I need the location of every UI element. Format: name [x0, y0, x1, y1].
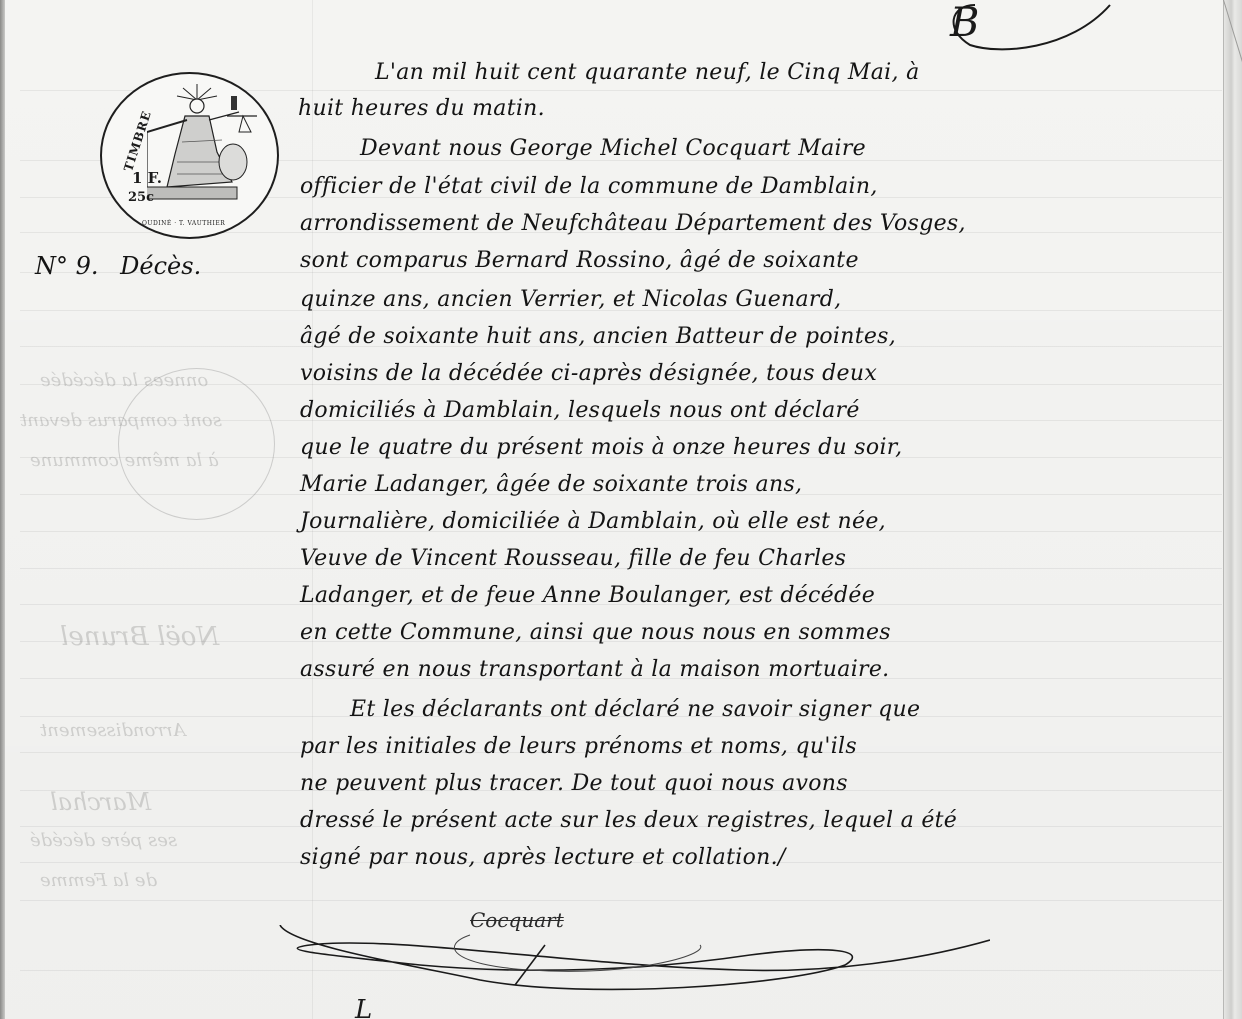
- bleed-through-name: Marchal: [50, 788, 151, 816]
- record-line: par les initiales de leurs prénoms et no…: [300, 734, 857, 759]
- record-line: huit heures du matin.: [298, 96, 545, 121]
- signature-paraph-icon: [270, 925, 990, 995]
- bleed-through-text: onnees la décédée: [40, 370, 208, 391]
- stamp-engraver: OUDINÉ · T. VAUTHIER: [142, 220, 225, 227]
- record-line: âgé de soixante huit ans, ancien Batteur…: [300, 324, 896, 349]
- folio-flourish-icon: [940, 0, 1120, 55]
- right-page-edge: [1223, 0, 1242, 1019]
- record-line: voisins de la décédée ci-après désignée,…: [300, 361, 877, 386]
- record-line: Ladanger, et de feue Anne Boulanger, est…: [300, 583, 875, 608]
- ruled-line: [20, 900, 1222, 901]
- scanned-register-page: onnees la décédée sont comparus devant à…: [0, 0, 1242, 1019]
- record-line: dressé le présent acte sur les deux regi…: [300, 808, 957, 833]
- next-entry-start: L: [355, 995, 372, 1019]
- record-line: Marie Ladanger, âgée de soixante trois a…: [300, 472, 802, 497]
- record-line: officier de l'état civil de la commune d…: [300, 174, 878, 199]
- left-binding-edge: [0, 0, 5, 1019]
- record-line: que le quatre du présent mois à onze heu…: [300, 435, 902, 460]
- record-type: Décès.: [120, 252, 201, 280]
- stamp-value-francs: 1 F.: [132, 169, 162, 187]
- record-line: ne peuvent plus tracer. De tout quoi nou…: [300, 771, 848, 796]
- record-line: en cette Commune, ainsi que nous nous en…: [300, 620, 891, 645]
- record-line: arrondissement de Neufchâteau Départemen…: [300, 211, 966, 236]
- record-line: Journalière, domiciliée à Damblain, où e…: [300, 509, 886, 534]
- seated-justice-figure-icon: [147, 82, 267, 222]
- bleed-through-text: sont comparus devant: [20, 410, 222, 431]
- entry-number: N° 9.: [35, 252, 99, 280]
- fiscal-stamp: TIMBRE 1 F. 25c OUDINÉ · T. VAUTHIER: [100, 72, 279, 239]
- record-line: sont comparus Bernard Rossino, âgé de so…: [300, 248, 859, 273]
- bleed-through-name: Noël Brunel: [60, 622, 219, 652]
- margin-entry: N° 9. Décès.: [35, 252, 201, 280]
- bleed-through-text: de la Femme: [40, 870, 157, 891]
- stamp-value-centimes: 25c: [128, 190, 154, 205]
- record-line: Veuve de Vincent Rousseau, fille de feu …: [300, 546, 846, 571]
- record-line: Devant nous George Michel Cocquart Maire: [360, 136, 866, 161]
- bleed-through-text: Arrondissement: [40, 720, 186, 741]
- record-line: signé par nous, après lecture et collati…: [300, 845, 786, 870]
- bleed-through-text: à la même commune: [30, 450, 219, 471]
- record-line: Et les déclarants ont déclaré ne savoir …: [350, 697, 920, 722]
- record-line: domiciliés à Damblain, lesquels nous ont…: [300, 398, 860, 423]
- record-line: L'an mil huit cent quarante neuf, le Cin…: [375, 60, 919, 85]
- bleed-through-text: ses père décédé: [30, 830, 177, 851]
- record-line: assuré en nous transportant à la maison …: [300, 657, 889, 682]
- record-line: quinze ans, ancien Verrier, et Nicolas G…: [300, 287, 841, 312]
